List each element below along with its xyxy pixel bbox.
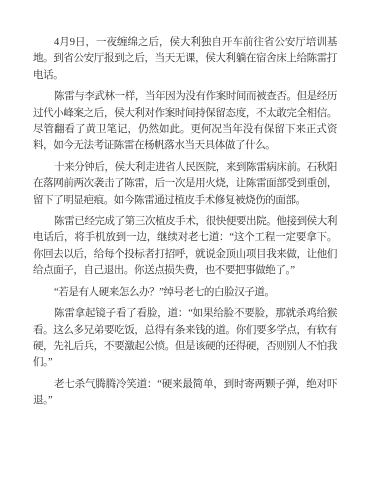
paragraph-7: 老七杀气腾腾冷笑道：“硬来最简单，到时寄两颗子弹，绝对吓退。” xyxy=(33,377,337,410)
paragraph-4: 陈雷已经完成了第三次植皮手术，很快便要出院。他接到侯大利电话后，将手机放到一边，… xyxy=(33,214,337,280)
paragraph-1: 4月9日，一夜缠绵之后，侯大利独自开车前往省公安厅培训基地。到省公安厅报到之后，… xyxy=(33,35,337,84)
paragraph-2: 陈雷与李武林一样，当年因为没有作案时间而被查否。但是经历过代小峰案之后，侯大利对… xyxy=(33,89,337,155)
paragraph-3: 十来分钟后，侯大利走进省人民医院，来到陈雷病床前。石秋阳在落网前两次袭击了陈雷，… xyxy=(33,160,337,209)
paragraph-6: 陈雷拿起镜子看了看脸，道：“如果给脸不要脸，那就杀鸡给猴看。这么多兄弟要吃饭，总… xyxy=(33,306,337,372)
ebook-page: 4月9日，一夜缠绵之后，侯大利独自开车前往省公安厅培训基地。到省公安厅报到之后，… xyxy=(0,0,370,480)
paragraph-5: “若是有人硬来怎么办？”绰号老七的白脸汉子道。 xyxy=(33,285,337,301)
